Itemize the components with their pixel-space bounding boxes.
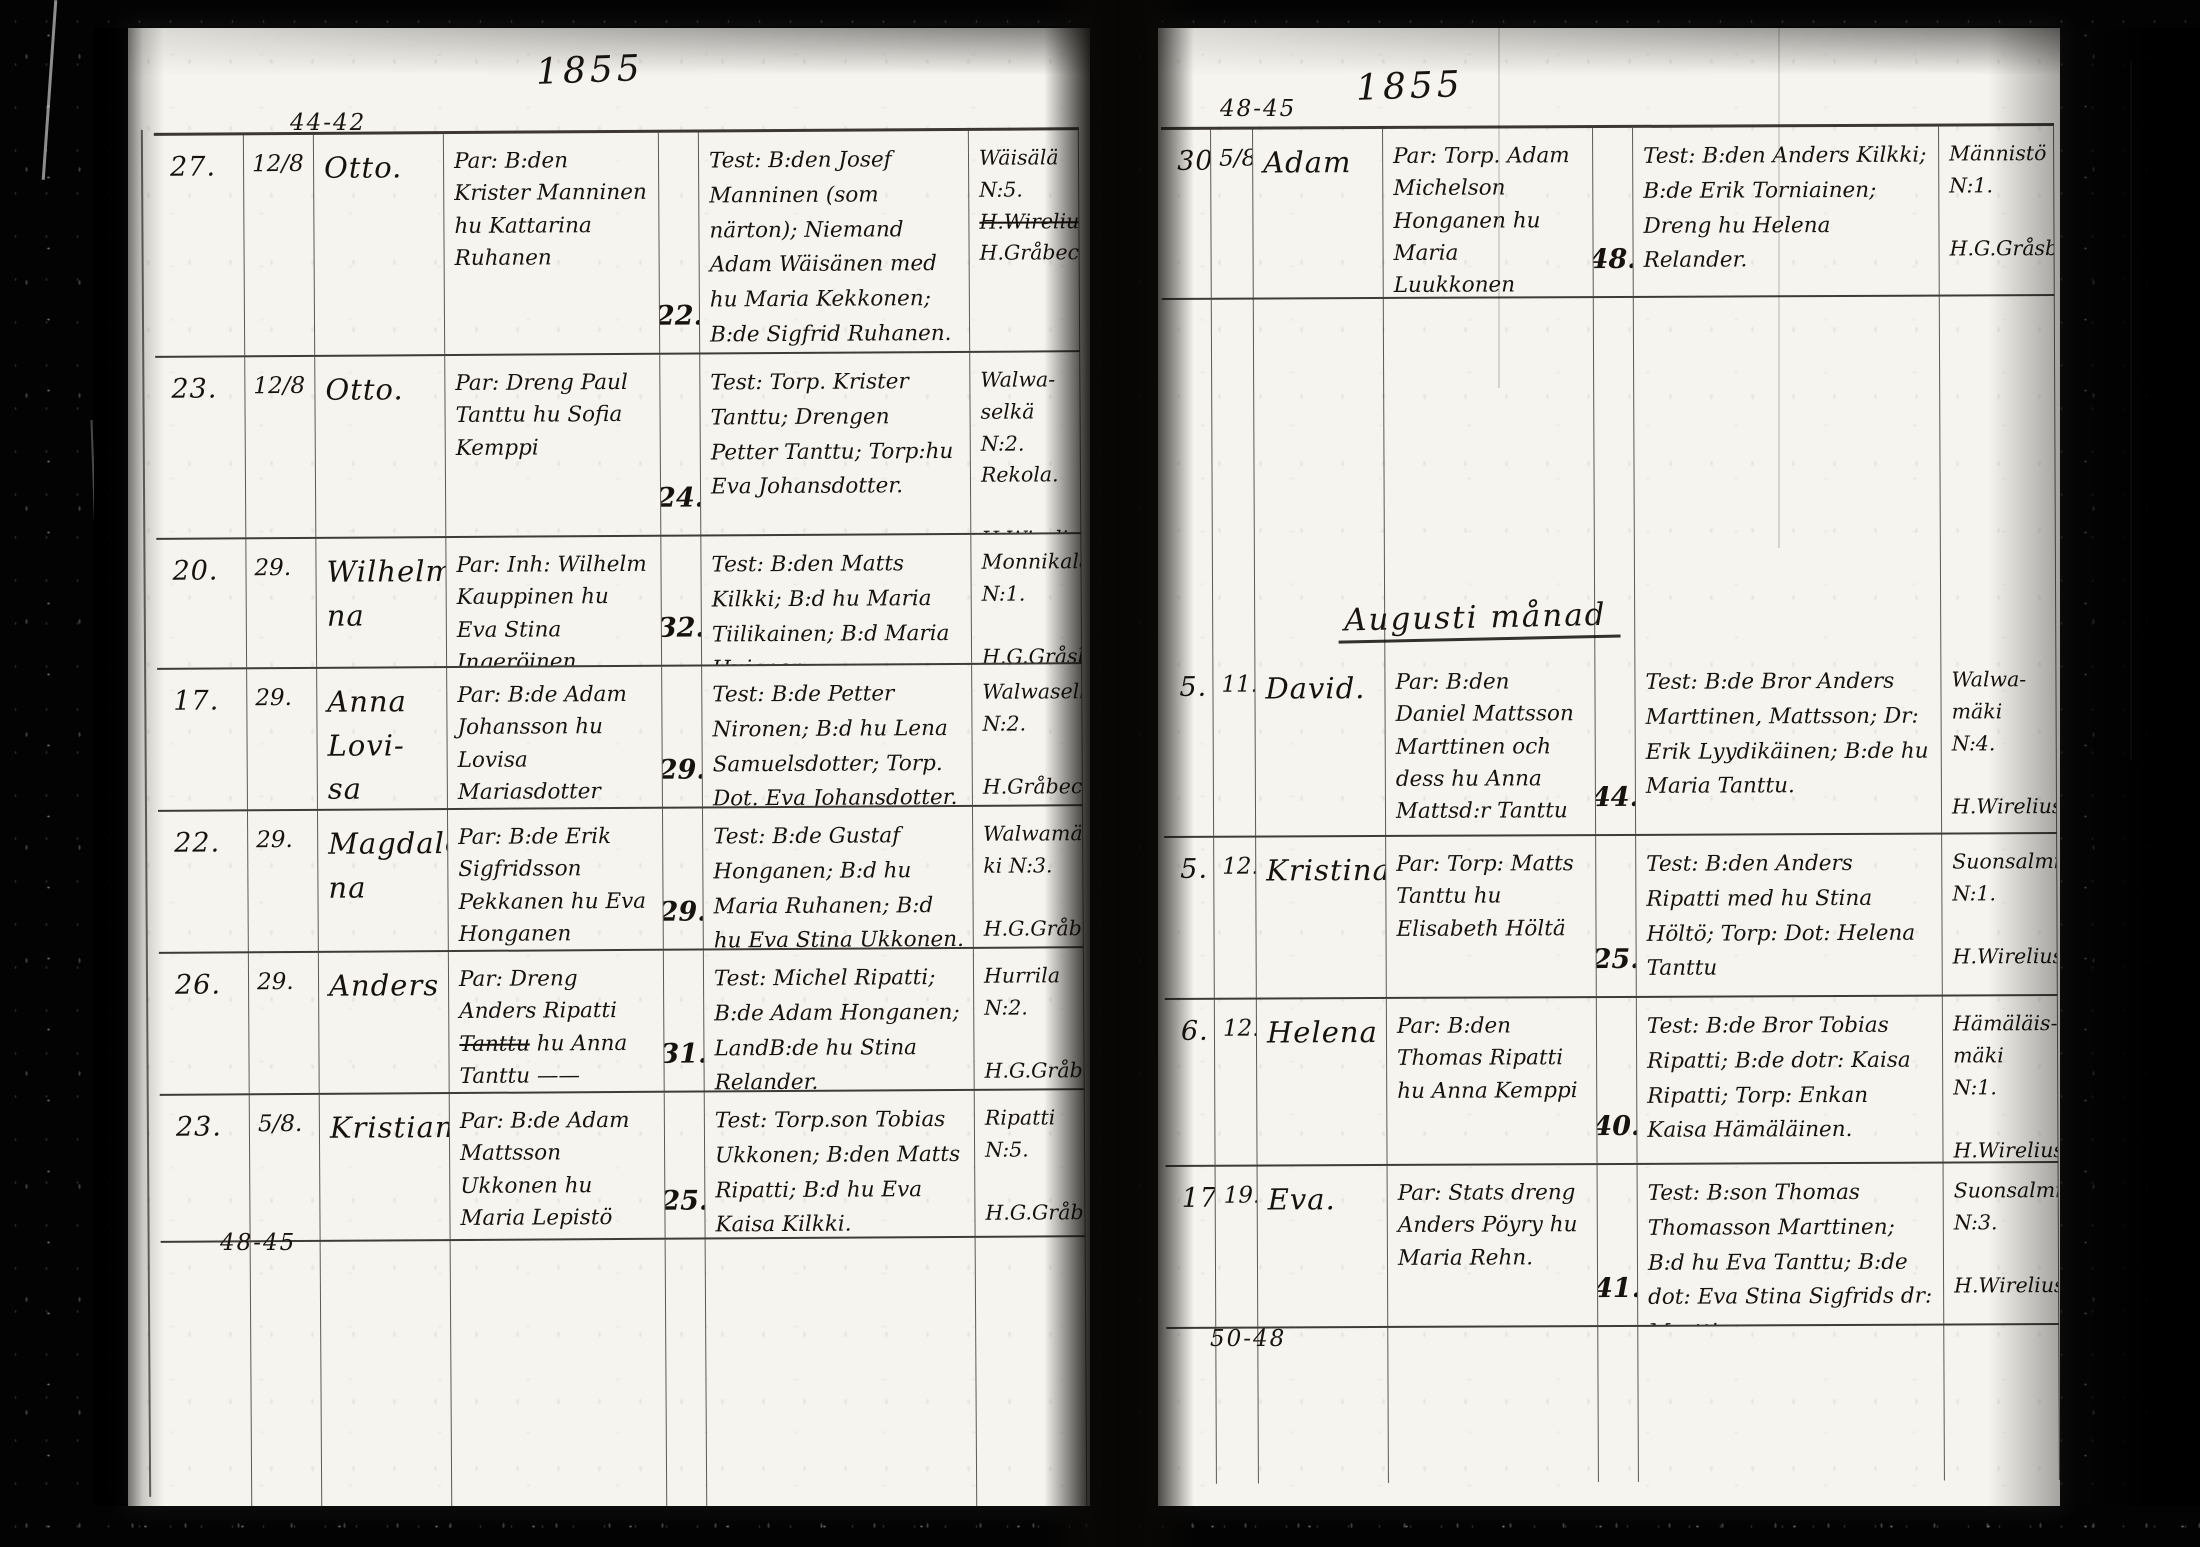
village-text: Hurrila N:2. H.G.Gråbeck	[974, 948, 1085, 1089]
empty-cell	[1598, 1327, 1639, 1482]
entry-date: 12/8	[244, 135, 315, 355]
entry-date: 29.	[248, 811, 319, 951]
register-row: 22. 29. Magdale- na Par: B:de Erik Sigfr…	[158, 806, 1084, 954]
entry-date: 5/8.	[1211, 130, 1254, 298]
village-text: Walwaselkä N:2. H.Gråbeck	[972, 664, 1083, 805]
child-name: Kristina	[1256, 837, 1387, 998]
empty-cell	[666, 1239, 708, 1509]
right-page: 1855 48-45 50-48 30. 5/8. Adam Par: Torp…	[1158, 28, 2060, 1506]
village-text: Walwa- selkä N:2. Rekola. H.Wirelius	[970, 352, 1081, 533]
register-row: 27. 12/8 Otto. Par: B:den Krister Mannin…	[154, 130, 1080, 358]
empty-cell	[976, 1237, 1088, 1508]
parents-text: Par: Torp: Matts Tanttu hu Elisabeth Höl…	[1386, 836, 1597, 997]
entry-date: 29.	[247, 669, 318, 809]
entry-number: 30.	[1161, 130, 1212, 298]
month-heading: Augusti månad	[1338, 596, 1621, 643]
parents-text: Par: B:den Daniel Mattsson Marttinen och…	[1385, 654, 1596, 835]
mother-age: 44.	[1595, 654, 1636, 834]
register-table-left: 27. 12/8 Otto. Par: B:den Krister Mannin…	[154, 127, 1087, 1497]
village-text: Suonsalmi N:1. H.Wirelius	[1942, 834, 2058, 995]
register-row: 26. 29. Anders Par: Dreng Anders Ripatti…	[159, 948, 1085, 1096]
child-name: David.	[1255, 655, 1386, 836]
parents-text: Par: B:de Adam Johansson hu Lovisa Maria…	[447, 667, 663, 808]
film-scratch	[2130, 60, 2132, 760]
struck-signature: H.Wirelius	[979, 206, 1070, 238]
child-name: Wilhelmi- na	[316, 538, 447, 667]
mother-age: 24.	[660, 355, 701, 535]
year-heading-right: 1855	[1355, 64, 1464, 109]
empty-cell	[1388, 1327, 1599, 1483]
parents-text: Par: Inh: Wilhelm Kauppinen hu Eva Stina…	[446, 537, 662, 666]
empty-cell	[451, 1240, 668, 1511]
child-name: Kristian	[320, 1094, 451, 1240]
witnesses-text: Test: B:den Anders Ripatti med hu Stina …	[1636, 835, 1943, 996]
witnesses-text: Test: Michel Ripatti; B:de Adam Honganen…	[704, 949, 975, 1091]
register-row: 23. 5/8. Kristian Par: B:de Adam Mattsso…	[160, 1090, 1086, 1243]
mother-age: 40.	[1597, 998, 1638, 1163]
register-table-right: 30. 5/8. Adam Par: Torp. Adam Michelson …	[1161, 123, 2060, 1496]
empty-cell	[161, 1242, 253, 1513]
mother-age: 29.	[662, 666, 703, 806]
page-edge-shadow	[94, 28, 164, 1506]
register-row: 17. 29. Anna Lovi- sa Par: B:de Adam Joh…	[157, 664, 1083, 812]
empty-ruled-row	[161, 1237, 1088, 1513]
witnesses-text: Test: Torp. Krister Tanttu; Drengen Pett…	[700, 353, 971, 535]
child-name: Anders	[319, 952, 450, 1093]
child-name: Helena	[1257, 999, 1388, 1165]
empty-cell	[1258, 1328, 1389, 1484]
witnesses-text: Test: B:de Bror Anders Marttinen, Mattss…	[1635, 653, 1942, 834]
parents-text: Par: B:den Krister Manninen hu Kattarina…	[444, 133, 660, 354]
village-text: Ripatti N:5. H.G.Gråbeck	[975, 1090, 1086, 1236]
signature: H.Gråbeck	[980, 240, 1081, 265]
film-scratch	[90, 420, 101, 680]
parents-text: Par: Stats dreng Anders Pöyry hu Maria R…	[1388, 1165, 1599, 1326]
entry-number: 22.	[158, 811, 249, 952]
entry-number: 23.	[155, 357, 246, 538]
child-name: Anna Lovi- sa	[317, 668, 448, 809]
witnesses-text: Test: B:de Gustaf Honganen; B:d hu Maria…	[703, 807, 974, 949]
parents-text: Par: Dreng Paul Tanttu hu Sofia Kemppi	[445, 355, 661, 536]
empty-cell	[1940, 296, 2057, 652]
mother-age: 25.	[665, 1092, 706, 1237]
village-text: Monnikala N:1. H.G.Gråsbeck	[971, 534, 1082, 663]
empty-cell	[706, 1238, 978, 1510]
microfilm-scan: 1855 44-42 48-45 27. 12/8 Otto. Par: B:d…	[0, 0, 2200, 1547]
empty-cell	[1944, 1325, 2060, 1481]
register-row: 5. 11. David. Par: B:den Daniel Mattsson…	[1163, 652, 2057, 838]
mother-age: 29.	[663, 808, 704, 948]
register-row: 6. 12. Helena Par: B:den Thomas Ripatti …	[1165, 996, 2059, 1167]
entry-date: 29.	[246, 539, 317, 667]
entry-number: 5.	[1164, 838, 1215, 998]
entry-date: 29.	[249, 953, 320, 1093]
entry-number: 20.	[156, 539, 247, 668]
mother-age: 32.	[661, 537, 702, 665]
film-scratch	[42, 0, 58, 180]
witnesses-text: Test: B:den Anders Kilkki; B:de Erik Tor…	[1633, 127, 1940, 296]
witnesses-text: Test: B:son Thomas Thomasson Marttinen; …	[1638, 1164, 1945, 1325]
mother-age: 41.	[1598, 1165, 1639, 1325]
parents-text: Par: Dreng Anders Ripatti	[459, 966, 617, 1024]
parents-text: Par: Torp. Adam Michelson Honganen hu Ma…	[1383, 128, 1594, 297]
entry-date: 12.	[1214, 838, 1257, 998]
village-text: Walwamä- ki N:3. H.G.Gråbeck	[973, 806, 1084, 947]
witnesses-text: Test: Torp.son Tobias Ukkonen; B:den Mat…	[705, 1091, 976, 1238]
child-name: Otto.	[315, 356, 446, 537]
mother-age: 25.	[1596, 836, 1637, 996]
empty-cell	[1638, 1326, 1945, 1482]
empty-cell	[321, 1241, 453, 1512]
mother-age: 22.	[659, 133, 700, 353]
left-page: 1855 44-42 48-45 27. 12/8 Otto. Par: B:d…	[128, 28, 1090, 1506]
empty-cell	[1216, 1329, 1259, 1484]
witnesses-text: Test: B:de Petter Nironen; B:d hu Lena S…	[702, 665, 973, 807]
page-mark-top-right: 48-45	[1220, 96, 1296, 122]
year-heading-left: 1855	[535, 48, 644, 93]
village-text: Hämäläis- mäki N:1. H.Wirelius	[1943, 996, 2059, 1162]
witnesses-text: Test: B:den Josef Manninen (som närton);…	[699, 131, 970, 353]
empty-cell	[1162, 300, 1214, 656]
entry-number: 17.	[157, 669, 248, 810]
village-text: Wäisälä N:5.	[979, 145, 1059, 201]
register-row: 5. 12. Kristina Par: Torp: Matts Tanttu …	[1164, 834, 2058, 1000]
register-row: 20. 29. Wilhelmi- na Par: Inh: Wilhelm K…	[156, 534, 1082, 670]
parents-cell: Par: Dreng Anders Ripatti Tanttu hu Anna…	[449, 951, 665, 1092]
parents-text: Par: B:de Erik Sigfridsson Pekkanen hu E…	[448, 809, 664, 950]
entry-number: 17.	[1166, 1167, 1217, 1327]
entry-date: 11.	[1213, 656, 1256, 836]
entry-date: 5/8.	[250, 1095, 321, 1240]
entry-number: 27.	[154, 135, 245, 356]
child-name: Otto.	[314, 134, 445, 355]
entry-date: 12/8	[245, 357, 316, 537]
mother-age: 31.	[664, 950, 705, 1090]
month-heading-row: Augusti månad	[1162, 296, 2057, 656]
register-row: 30. 5/8. Adam Par: Torp. Adam Michelson …	[1161, 126, 2055, 300]
child-name: Eva.	[1258, 1166, 1389, 1327]
village-text: Suonsalmi N:3. H.Wirelius	[1944, 1163, 2060, 1324]
register-row: 23. 12/8 Otto. Par: Dreng Paul Tanttu hu…	[155, 352, 1081, 540]
entry-number: 5.	[1163, 656, 1214, 836]
mother-age: 48.	[1593, 128, 1634, 296]
register-row: 17. 19. Eva. Par: Stats dreng Anders Pöy…	[1166, 1163, 2060, 1329]
village-text: Walwa- mäki N:4. H.Wirelius	[1941, 652, 2057, 833]
village-cell: Wäisälä N:5.H.WireliusH.Gråbeck	[969, 130, 1080, 351]
witnesses-text: Test: B:den Matts Kilkki; B:d hu Maria T…	[701, 535, 972, 665]
empty-cell	[1212, 300, 1256, 656]
empty-cell	[251, 1242, 323, 1512]
child-name: Adam	[1253, 129, 1384, 298]
entry-number: 26.	[159, 953, 250, 1094]
empty-cell	[1634, 297, 1942, 654]
empty-cell	[1166, 1329, 1217, 1484]
witnesses-text: Test: B:de Bror Tobias Ripatti; B:de dot…	[1637, 997, 1944, 1163]
struck-name: Tanttu	[459, 1031, 530, 1056]
parents-text: Par: B:de Adam Mattsson Ukkonen hu Maria…	[450, 1093, 666, 1239]
parents-text: Par: B:den Thomas Ripatti hu Anna Kemppi	[1387, 998, 1598, 1164]
entry-date: 19.	[1216, 1167, 1259, 1327]
entry-number: 6.	[1165, 1000, 1216, 1165]
page-edge-shadow	[1158, 26, 2060, 84]
entry-number: 23.	[160, 1095, 251, 1241]
village-text: Männistö N:1. H.G.Gråsbeck	[1939, 126, 2055, 295]
empty-ruled-row	[1166, 1325, 2060, 1484]
child-name: Magdale- na	[318, 810, 449, 951]
entry-date: 12.	[1215, 1000, 1258, 1165]
